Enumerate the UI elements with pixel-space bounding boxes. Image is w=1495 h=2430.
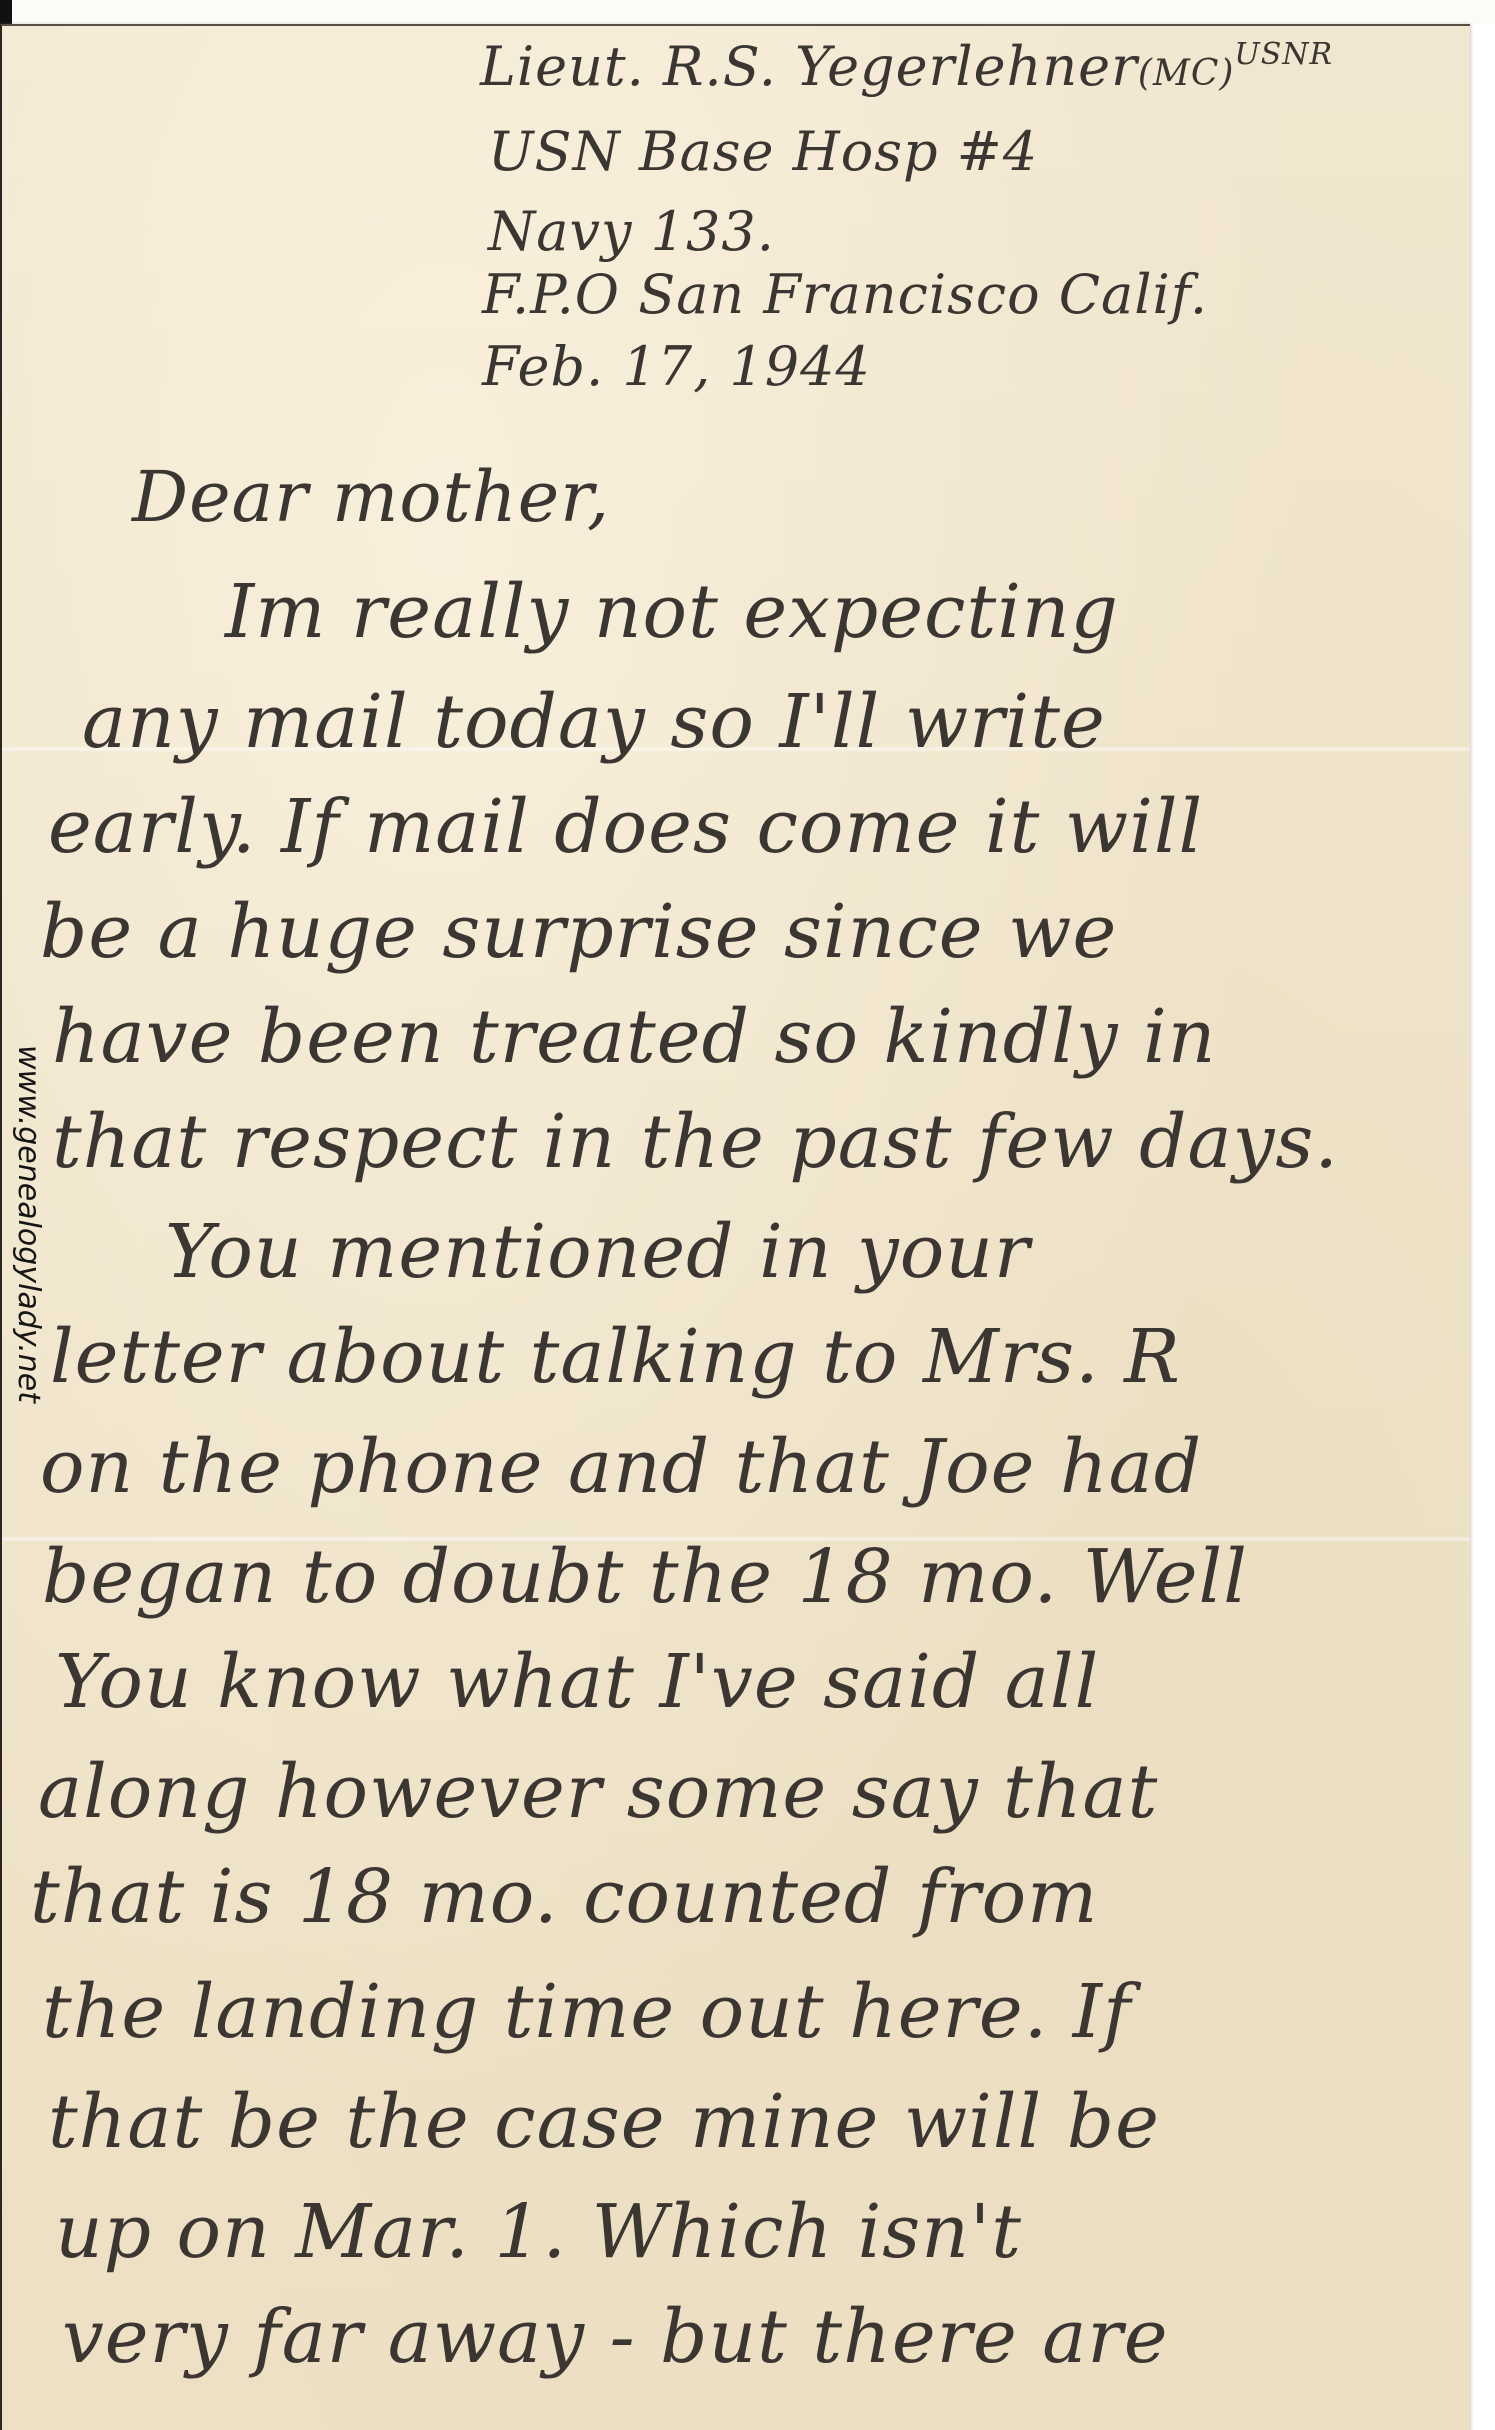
body-line: early. If mail does come it will [48,790,1203,864]
body-line: along however some say that [38,1755,1158,1829]
body-line: began to doubt the 18 mo. Well [42,1540,1248,1614]
body-line: Im really not expecting [225,575,1119,649]
body-line: that be the case mine will be [48,2085,1160,2159]
body-line: the landing time out here. If [42,1975,1131,2049]
body-line: very far away - but there are [62,2300,1169,2374]
greeting: Dear mother, [132,462,610,532]
body-line: letter about talking to Mrs. R [50,1320,1181,1394]
return-address-unit: USN Base Hosp #4 [488,125,1038,179]
body-line: any mail today so I'll write [82,685,1106,759]
watermark: www.genealogylady.net [10,1045,46,1395]
letter-date: Feb. 17, 1944 [482,340,871,394]
scan-top-margin [0,0,1495,24]
sender-name-text: Lieut. R.S. Yegerlehner [480,35,1138,98]
sender-service: USNR [1234,37,1333,72]
scan-corner-mark [0,0,12,24]
body-line: be a huge surprise since we [40,895,1117,969]
body-line: that respect in the past few days. [52,1105,1339,1179]
sender-rank-corps: (MC) [1138,53,1235,94]
body-line: have been treated so kindly in [52,1000,1216,1074]
body-line: that is 18 mo. counted from [30,1860,1098,1934]
body-line: on the phone and that Joe had [40,1430,1202,1504]
sender-name: Lieut. R.S. Yegerlehner(MC)USNR [480,40,1333,94]
return-address-navy-number: Navy 133. [488,205,775,259]
body-line: You mentioned in your [165,1215,1030,1289]
body-line: up on Mar. 1. Which isn't [55,2195,1022,2269]
return-address-fpo: F.P.O San Francisco Calif. [482,268,1208,322]
body-line: You know what I've said all [55,1645,1099,1719]
watermark-text: www.genealogylady.net [11,1045,46,1403]
